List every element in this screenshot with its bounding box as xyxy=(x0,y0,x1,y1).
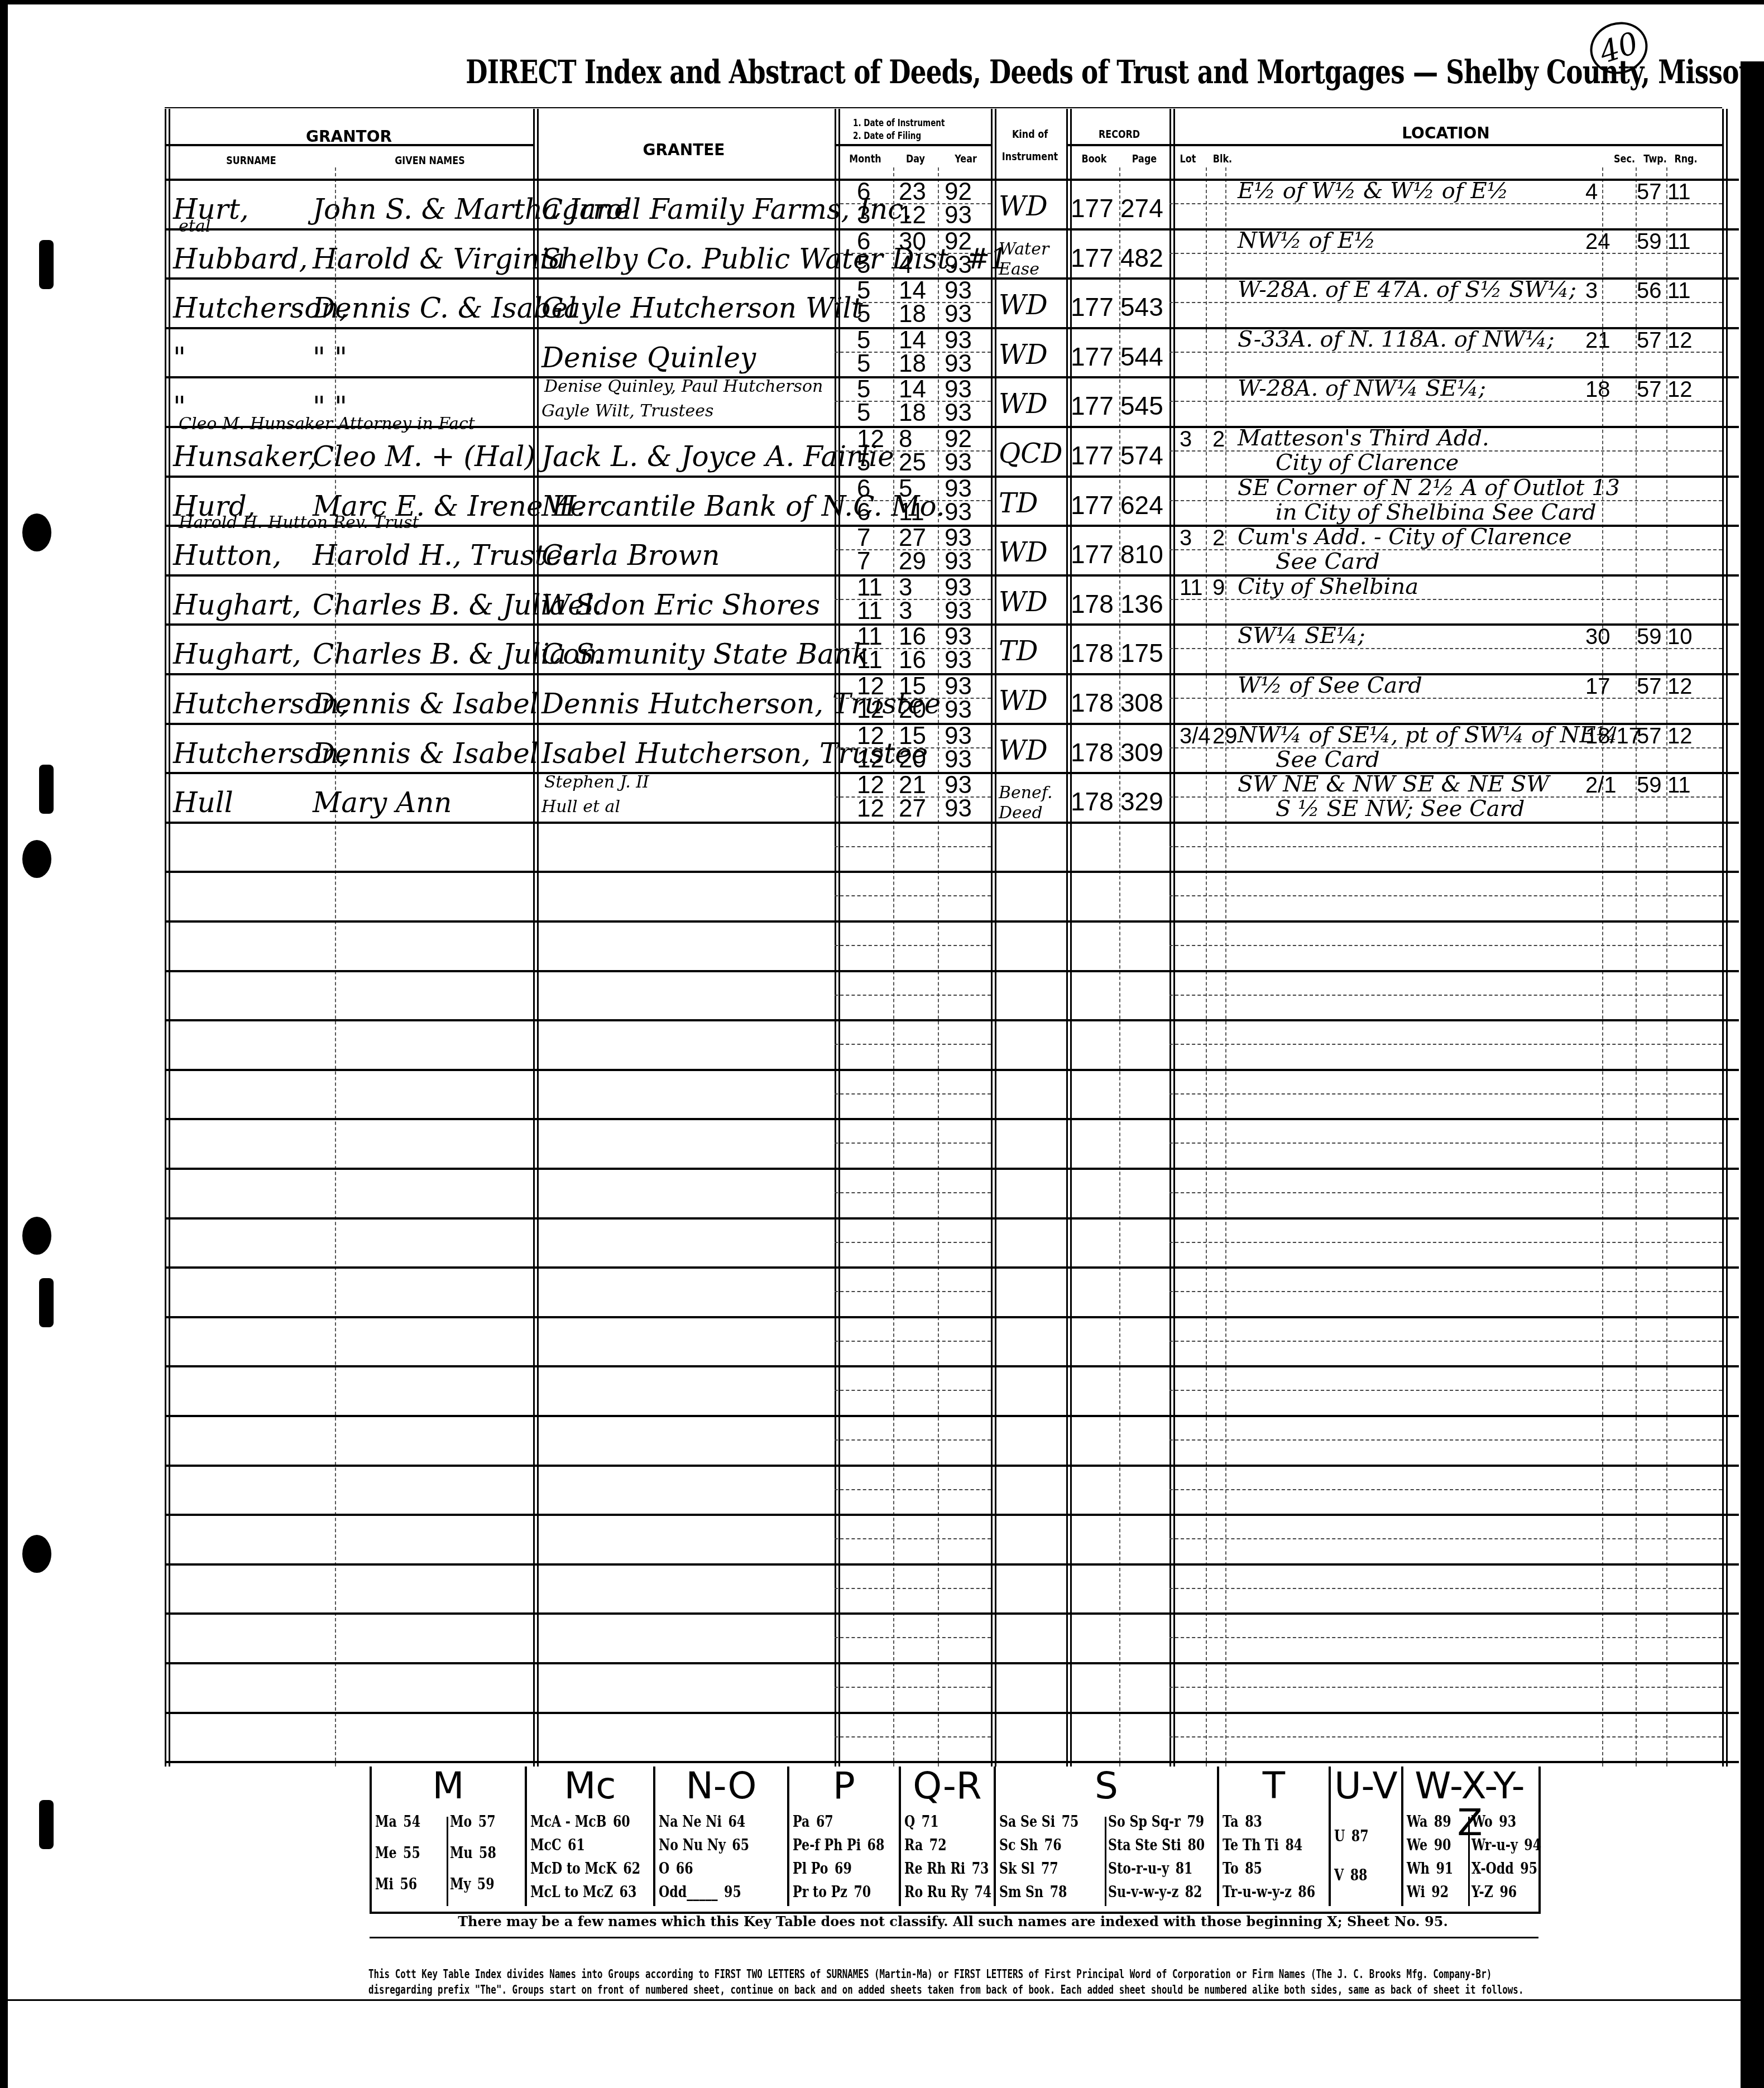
row-rule xyxy=(165,1168,1739,1170)
row-mid-rule xyxy=(835,1044,991,1045)
bottom-rule xyxy=(8,1999,1741,2001)
grantor-given-names: " " xyxy=(313,344,347,372)
key-entry-label: Pr to Pz xyxy=(793,1884,847,1901)
row-mid-rule xyxy=(1169,1489,1722,1490)
row-rule xyxy=(165,1662,1739,1664)
instrument-kind: WD xyxy=(999,737,1048,764)
filing-month: 11 xyxy=(857,599,883,623)
key-entry-sheet-number: 80 xyxy=(1187,1837,1205,1854)
key-entry: Tr-u-w-y-z86 xyxy=(1223,1884,1307,1907)
record-book: 177 xyxy=(1071,195,1114,221)
key-entry-sheet-number: 81 xyxy=(1176,1860,1193,1878)
record-book: 178 xyxy=(1071,789,1114,814)
grantor-note: Cleo M. Hunsaker Attorney in Fact xyxy=(179,416,475,433)
location-blk: 2 xyxy=(1212,428,1225,450)
filing-year: 93 xyxy=(945,302,972,327)
sub-column-rule xyxy=(1636,167,1637,1767)
row-mid-rule xyxy=(835,945,991,946)
row-mid-rule xyxy=(835,1093,991,1095)
key-entry-label: Ta xyxy=(1223,1813,1239,1831)
binder-hole xyxy=(22,840,51,878)
filing-day: 18 xyxy=(899,352,926,376)
filing-month: 5 xyxy=(857,253,870,277)
filing-year: 93 xyxy=(945,203,972,228)
grantee-name: Community State Bank xyxy=(541,640,869,668)
key-group: U-VU87V88 xyxy=(1331,1767,1403,1906)
key-entry-label: McA - McB xyxy=(530,1813,606,1831)
row-mid-rule xyxy=(835,1242,991,1243)
row-mid-rule xyxy=(835,1637,991,1638)
record-page: 274 xyxy=(1120,195,1163,221)
key-entry-label: McL to McZ xyxy=(530,1884,613,1901)
location-sec: 24 xyxy=(1585,231,1610,253)
location-rng: 11 xyxy=(1667,231,1691,253)
instrument-kind: WD xyxy=(999,342,1048,368)
instrument-month: 5 xyxy=(857,279,870,303)
key-entry: Sc Sh76 xyxy=(999,1837,1086,1860)
instrument-day: 8 xyxy=(899,427,912,452)
location-description: W-28A. of E 47A. of S½ SW¼; xyxy=(1238,279,1576,301)
key-entry-sheet-number: 68 xyxy=(867,1837,885,1854)
column-rule xyxy=(835,109,836,1767)
key-group-letter: P xyxy=(789,1768,899,1804)
key-entry: X-Odd95 xyxy=(1471,1860,1522,1884)
filing-day: 3 xyxy=(899,599,912,623)
key-entry: Ma54 xyxy=(375,1813,434,1845)
key-entry: Q71 xyxy=(904,1813,975,1837)
grantor-given-names: Dennis & Isabel xyxy=(313,690,539,718)
key-entry-label: Wi xyxy=(1407,1884,1425,1901)
key-entry: Sm Sn78 xyxy=(999,1884,1086,1907)
row-mid-rule xyxy=(835,1143,991,1144)
instrument-year: 93 xyxy=(945,328,972,353)
key-entry-sheet-number: 65 xyxy=(732,1837,749,1854)
location-description: NW½ of E½ xyxy=(1238,229,1375,252)
key-column: Sa Se Si75Sc Sh76Sk Sl77Sm Sn78 xyxy=(999,1813,1105,1907)
row-mid-rule xyxy=(835,1341,991,1342)
key-entry-sheet-number: 96 xyxy=(1499,1884,1517,1901)
key-entry: We90 xyxy=(1407,1837,1457,1860)
key-entry-sheet-number: 74 xyxy=(974,1884,991,1901)
key-entry: Ta83 xyxy=(1223,1813,1307,1837)
key-column: Ma54Me55Mi56 xyxy=(375,1813,447,1907)
key-group-letter: S xyxy=(996,1768,1217,1804)
location-blk: 29 xyxy=(1212,725,1238,747)
row-mid-rule xyxy=(835,1736,991,1737)
key-entry: Wa89 xyxy=(1407,1813,1457,1837)
instrument-month: 7 xyxy=(857,526,870,550)
key-entry: Y-Z96 xyxy=(1471,1884,1522,1907)
header-date-filing: 2. Date of Filing xyxy=(853,130,921,142)
filing-day: 18 xyxy=(899,302,926,327)
header-grantor: GRANTOR xyxy=(165,127,533,146)
location-sec: 18/17 xyxy=(1585,725,1641,747)
row-mid-rule xyxy=(1169,945,1722,946)
row-mid-rule xyxy=(1169,1044,1722,1045)
key-entry-sheet-number: 94 xyxy=(1524,1837,1541,1854)
key-column: Q71Ra72Re Rh Ri73Ro Ru Ry74 xyxy=(904,1813,990,1907)
filing-year: 93 xyxy=(945,747,972,772)
scan-edge-top xyxy=(0,0,1764,4)
header-twp: Twp. xyxy=(1642,152,1669,165)
binder-slot xyxy=(39,1278,54,1327)
key-entry: Sk Sl77 xyxy=(999,1860,1086,1884)
key-column-divider xyxy=(1105,1817,1106,1906)
key-entry-sheet-number: 66 xyxy=(676,1860,693,1878)
location-lot: 3 xyxy=(1180,527,1192,549)
location-description: NW¼ of SE¼, pt of SW¼ of NE¼ xyxy=(1238,724,1618,746)
grantor-surname: Hunsaker, xyxy=(173,443,317,471)
instrument-month: 6 xyxy=(857,229,870,254)
record-page: 175 xyxy=(1120,640,1163,666)
instrument-day: 23 xyxy=(899,180,926,204)
instrument-month: 5 xyxy=(857,377,870,402)
grantee-name: Hull et al xyxy=(541,799,620,815)
record-book: 178 xyxy=(1071,740,1114,765)
location-twp: 57 xyxy=(1637,181,1662,203)
key-entry: Wr-u-y94 xyxy=(1471,1837,1522,1860)
instrument-day: 16 xyxy=(899,625,926,649)
row-mid-rule xyxy=(1169,1687,1722,1688)
key-entry: McD to McK62 xyxy=(530,1860,628,1884)
grantee-name: Shelby Co. Public Water Dist. #1 xyxy=(541,245,1008,273)
key-group: McMcA - McB60McC61McD to McK62McL to McZ… xyxy=(527,1767,655,1906)
filing-day: 29 xyxy=(899,549,926,574)
instrument-day: 5 xyxy=(899,477,912,501)
filing-day: 20 xyxy=(899,747,926,772)
footer-instructions: This Cott Key Table Index divides Names … xyxy=(368,1967,1253,1998)
instrument-year: 93 xyxy=(945,724,972,748)
instrument-month: 11 xyxy=(857,575,883,600)
grantor-surname: Hutton, xyxy=(173,541,281,569)
footer-line-2: disregarding prefix "The". Groups start … xyxy=(368,1983,1253,1998)
location-lot: 3/4 xyxy=(1180,725,1211,747)
title-rule xyxy=(165,107,1722,108)
filing-day: 11 xyxy=(899,500,924,525)
key-entry-label: Wh xyxy=(1407,1860,1430,1878)
header-rule xyxy=(1066,144,1169,146)
filing-month: 12 xyxy=(857,698,884,722)
instrument-year: 92 xyxy=(945,427,972,452)
row-mid-rule xyxy=(1169,1192,1722,1193)
record-page: 309 xyxy=(1120,740,1163,765)
key-entry-label: Me xyxy=(375,1845,397,1862)
record-page: 544 xyxy=(1120,344,1163,369)
instrument-day: 14 xyxy=(899,377,926,402)
key-entry-sheet-number: 56 xyxy=(400,1876,417,1893)
record-book: 177 xyxy=(1071,344,1114,369)
row-mid-rule xyxy=(835,1390,991,1391)
key-entry-label: V xyxy=(1334,1867,1344,1884)
location-sec: 18 xyxy=(1585,378,1610,401)
location-twp: 59 xyxy=(1637,626,1662,648)
key-entry: Wi92 xyxy=(1407,1884,1457,1907)
filing-month: 5 xyxy=(857,302,870,327)
instrument-year: 93 xyxy=(945,279,972,303)
key-entry-label: To xyxy=(1223,1860,1239,1878)
instrument-month: 11 xyxy=(857,625,883,649)
key-group: SSa Se Si75Sc Sh76Sk Sl77Sm Sn78So Sp Sq… xyxy=(996,1767,1219,1906)
key-entry-sheet-number: 59 xyxy=(477,1876,495,1893)
row-mid-rule xyxy=(1169,846,1722,847)
grantor-note: etal xyxy=(179,218,210,235)
instrument-kind: Benef. Deed xyxy=(999,783,1060,823)
key-column-divider xyxy=(447,1817,448,1906)
grantor-surname: Hubbard, xyxy=(173,245,308,273)
instrument-kind: WD xyxy=(999,539,1048,566)
key-entry-label: Tr-u-w-y-z xyxy=(1223,1884,1292,1901)
key-entry: Wo93 xyxy=(1471,1813,1522,1837)
key-entry-sheet-number: 85 xyxy=(1245,1860,1262,1878)
location-note: See Card xyxy=(1276,748,1380,771)
grantor-surname: Hughart, xyxy=(173,640,301,668)
instrument-year: 93 xyxy=(945,377,972,402)
location-description: W½ of See Card xyxy=(1238,674,1422,697)
row-rule xyxy=(165,1712,1739,1714)
grantee-name: Weldon Eric Shores xyxy=(541,591,820,619)
location-twp: 59 xyxy=(1637,231,1662,253)
sub-column-rule xyxy=(1666,167,1667,1767)
location-twp: 57 xyxy=(1637,378,1662,401)
filing-month: 5 xyxy=(857,401,870,425)
location-sec: 4 xyxy=(1585,181,1598,203)
instrument-year: 92 xyxy=(945,229,972,254)
key-entry-label: Ma xyxy=(375,1813,397,1831)
header-blk: Blk. xyxy=(1211,152,1234,165)
key-column: Pa67Pe-f Ph Pi68Pl Po69Pr to Pz70 xyxy=(793,1813,895,1907)
key-entry: McA - McB60 xyxy=(530,1813,628,1837)
key-entry-label: Pl Po xyxy=(793,1860,828,1878)
key-entry-sheet-number: 73 xyxy=(972,1860,989,1878)
header-lot: Lot xyxy=(1179,152,1197,165)
location-note: See Card xyxy=(1276,550,1380,573)
filing-year: 93 xyxy=(945,599,972,623)
location-lot: 3 xyxy=(1180,428,1192,450)
grantor-given-names: Harold & Virginia xyxy=(313,245,565,273)
key-entry-label: Wa xyxy=(1407,1813,1427,1831)
key-entry-sheet-number: 63 xyxy=(620,1884,637,1901)
binder-hole xyxy=(22,513,51,551)
instrument-day: 21 xyxy=(899,773,926,798)
row-rule xyxy=(165,871,1739,873)
filing-year: 93 xyxy=(945,698,972,722)
row-rule xyxy=(165,1069,1739,1071)
grantor-given-names: Dennis C. & Isabel xyxy=(313,294,577,322)
header-location: LOCATION xyxy=(1169,124,1722,142)
key-entry: Me55 xyxy=(375,1845,434,1876)
instrument-year: 93 xyxy=(945,773,972,798)
filing-month: 5 xyxy=(857,352,870,376)
column-rule xyxy=(991,109,993,1767)
key-entry-sheet-number: 88 xyxy=(1350,1867,1368,1884)
grantee-name: Mercantile Bank of N.C. Mo. xyxy=(541,492,945,520)
key-entry: Odd_____95 xyxy=(659,1884,761,1907)
key-entry-label: My xyxy=(450,1876,471,1893)
location-description: Matteson's Third Add. xyxy=(1238,427,1489,449)
instrument-month: 5 xyxy=(857,328,870,353)
filing-month: 5 xyxy=(857,450,870,475)
key-entry: Na Ne Ni64 xyxy=(659,1813,761,1837)
key-table: MMa54Me55Mi56Mo57Mu58My59McMcA - McB60Mc… xyxy=(370,1767,1541,1914)
grantee-note: Stephen J. II xyxy=(544,774,649,791)
key-entry-label: Mo xyxy=(450,1813,472,1831)
row-mid-rule xyxy=(1169,1637,1722,1638)
instrument-month: 12 xyxy=(857,773,884,798)
row-rule xyxy=(165,920,1739,923)
row-mid-rule xyxy=(1169,1143,1722,1144)
header-kind-of: Kind of xyxy=(1001,127,1059,141)
key-entry-sheet-number: 79 xyxy=(1187,1813,1204,1831)
key-group: PPa67Pe-f Ph Pi68Pl Po69Pr to Pz70 xyxy=(789,1767,901,1906)
key-entry-label: Ra xyxy=(904,1837,923,1854)
header-day: Day xyxy=(898,152,933,165)
sub-column-rule xyxy=(1206,167,1207,1767)
instrument-kind: WD xyxy=(999,688,1048,714)
key-entry-label: Odd_____ xyxy=(659,1884,718,1901)
key-entry: Ra72 xyxy=(904,1837,975,1860)
key-column: Ta83Te Th Ti84To85Tr-u-w-y-z86 xyxy=(1223,1813,1325,1907)
key-entry-sheet-number: 90 xyxy=(1434,1837,1451,1854)
key-entry-label: Na Ne Ni xyxy=(659,1813,722,1831)
location-rng: 12 xyxy=(1667,378,1693,401)
instrument-month: 6 xyxy=(857,477,870,501)
header-year: Year xyxy=(948,152,984,165)
key-column: Wo93Wr-u-y94X-Odd95Y-Z96 xyxy=(1471,1813,1533,1907)
row-rule xyxy=(165,1316,1739,1318)
instrument-month: 12 xyxy=(857,724,884,748)
row-mid-rule xyxy=(835,1291,991,1292)
key-entry: Wh91 xyxy=(1407,1860,1457,1884)
location-rng: 12 xyxy=(1667,725,1693,747)
key-entry-sheet-number: 61 xyxy=(568,1837,585,1854)
key-entry-sheet-number: 82 xyxy=(1185,1884,1202,1901)
filing-day: 16 xyxy=(899,648,926,673)
key-entry-label: Re Rh Ri xyxy=(904,1860,965,1878)
header-grantee: GRANTEE xyxy=(533,141,835,159)
key-group-letter: N-O xyxy=(655,1768,787,1804)
key-entry: McC61 xyxy=(530,1837,628,1860)
filing-month: 12 xyxy=(857,796,884,821)
grantee-note: Denise Quinley, Paul Hutcherson xyxy=(544,378,823,395)
grantor-given-names: Dennis & Isabel xyxy=(313,740,539,767)
key-column: McA - McB60McC61McD to McK62McL to McZ63 xyxy=(530,1813,650,1907)
record-book: 178 xyxy=(1071,591,1114,617)
header-given-names: GIVEN NAMES xyxy=(381,153,479,167)
row-mid-rule xyxy=(835,1489,991,1490)
location-description: SE Corner of N 2½ A of Outlot 13 xyxy=(1238,477,1620,499)
row-rule xyxy=(165,1266,1739,1269)
header-book: Book xyxy=(1074,152,1114,165)
instrument-day: 14 xyxy=(899,328,926,353)
sub-column-rule xyxy=(1225,167,1226,1767)
grantor-surname: " xyxy=(173,344,186,372)
row-mid-rule xyxy=(835,846,991,847)
instrument-kind: TD xyxy=(999,490,1038,517)
instrument-year: 93 xyxy=(945,625,972,649)
key-entry-sheet-number: 58 xyxy=(479,1845,496,1862)
row-mid-rule xyxy=(835,895,991,896)
column-rule xyxy=(1169,109,1171,1767)
key-entry: Pr to Pz70 xyxy=(793,1884,877,1907)
location-note: City of Clarence xyxy=(1276,452,1459,474)
row-rule xyxy=(165,1465,1739,1467)
key-group: TTa83Te Th Ti84To85Tr-u-w-y-z86 xyxy=(1219,1767,1331,1906)
filing-month: 3 xyxy=(857,203,870,228)
key-entry-sheet-number: 62 xyxy=(623,1860,640,1878)
instrument-kind: TD xyxy=(999,638,1038,665)
key-entry-sheet-number: 95 xyxy=(724,1884,741,1901)
grantee-name: Denise Quinley xyxy=(541,344,756,372)
filing-year: 93 xyxy=(945,796,972,821)
record-page: 810 xyxy=(1120,541,1163,567)
location-rng: 11 xyxy=(1667,280,1691,302)
filing-month: 7 xyxy=(857,549,870,574)
location-note: S ½ SE NW; See Card xyxy=(1276,798,1525,820)
row-mid-rule xyxy=(1169,1093,1722,1095)
instrument-kind: WD xyxy=(999,589,1048,616)
column-rule xyxy=(533,109,535,1767)
row-rule xyxy=(165,1612,1739,1615)
key-entry-label: Wo xyxy=(1471,1813,1493,1831)
row-mid-rule xyxy=(1169,1588,1722,1589)
instrument-year: 93 xyxy=(945,575,972,600)
record-book: 177 xyxy=(1071,393,1114,419)
header-sec: Sec. xyxy=(1611,152,1638,165)
key-entry-sheet-number: 72 xyxy=(929,1837,947,1854)
key-entry: My59 xyxy=(450,1876,509,1907)
key-entry-label: Sm Sn xyxy=(999,1884,1043,1901)
key-entry: Sta Ste Sti80 xyxy=(1108,1837,1195,1860)
record-book: 177 xyxy=(1071,541,1114,567)
record-book: 177 xyxy=(1071,443,1114,468)
key-entry-label: So Sp Sq-r xyxy=(1108,1813,1181,1831)
key-entry: Pl Po69 xyxy=(793,1860,877,1884)
filing-day: 4 xyxy=(899,253,912,277)
location-rng: 11 xyxy=(1667,181,1691,203)
filing-day: 18 xyxy=(899,401,926,425)
location-twp: 57 xyxy=(1637,675,1662,698)
record-page: 543 xyxy=(1120,294,1163,320)
record-page: 624 xyxy=(1120,492,1163,518)
key-entry-sheet-number: 64 xyxy=(728,1813,745,1831)
key-entry-sheet-number: 67 xyxy=(816,1813,833,1831)
filing-year: 93 xyxy=(945,352,972,376)
key-entry-sheet-number: 70 xyxy=(854,1884,871,1901)
location-sec: 30 xyxy=(1585,626,1610,648)
key-entry-label: O xyxy=(659,1860,669,1878)
key-column-divider xyxy=(1468,1817,1470,1906)
key-entry: U87 xyxy=(1334,1828,1386,1867)
key-entry-label: Pa xyxy=(793,1813,809,1831)
key-entry-sheet-number: 75 xyxy=(1062,1813,1079,1831)
key-group-letter: M xyxy=(372,1768,525,1804)
location-blk: 9 xyxy=(1212,577,1225,599)
key-entry-label: Q xyxy=(904,1813,915,1831)
row-mid-rule xyxy=(1169,1736,1722,1737)
header-instrument: Instrument xyxy=(1001,150,1059,163)
grantor-given-names: Mary Ann xyxy=(313,789,452,817)
location-lot: 11 xyxy=(1180,577,1203,599)
record-book: 177 xyxy=(1071,492,1114,518)
key-entry: Pe-f Ph Pi68 xyxy=(793,1837,877,1860)
binder-slot xyxy=(39,1800,54,1849)
key-entry-label: McD to McK xyxy=(530,1860,617,1878)
key-group-letter: T xyxy=(1219,1768,1329,1804)
key-column: Wa89We90Wh91Wi92 xyxy=(1407,1813,1468,1907)
instrument-day: 27 xyxy=(899,526,926,550)
key-entry-label: Wr-u-y xyxy=(1471,1837,1518,1854)
grantee-name: Gayle Hutcherson Wilt xyxy=(541,294,863,322)
